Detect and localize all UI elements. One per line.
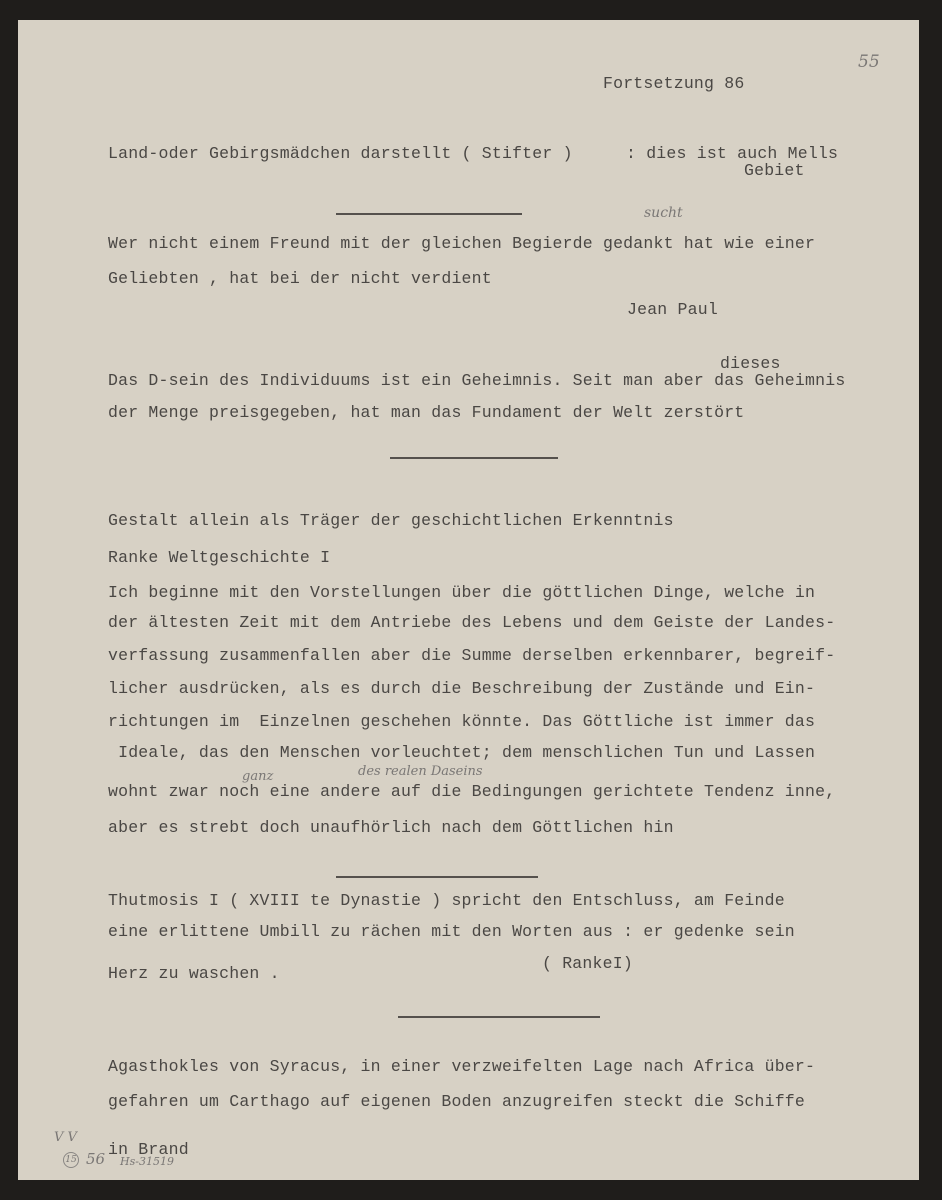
text-line: Gestalt allein als Träger der geschichtl… [108,511,674,530]
archive-id: Hs-31519 [120,1155,174,1168]
divider [336,213,522,215]
text-line: der Menge preisgegeben, hat man das Fund… [108,403,744,422]
text-line: Thutmosis I ( XVIII te Dynastie ) sprich… [108,891,785,910]
text-line: Agasthokles von Syracus, in einer verzwe… [108,1057,815,1076]
text-line: Herz zu waschen . [108,964,280,983]
margin-number: 56 [86,1150,105,1168]
page-number-handwritten: 55 [858,52,880,72]
handwritten-insert: des realen Daseins [358,764,483,779]
text-line: Ranke Weltgeschichte I [108,548,330,567]
text-line: Ich beginne mit den Vorstellungen über d… [108,583,815,602]
text-line: verfassung zusammenfallen aber die Summe… [108,646,835,665]
text-line: Das D-sein des Individuums ist ein Gehei… [108,371,845,390]
text-line: aber es strebt doch unaufhörlich nach de… [108,818,674,837]
text-line: richtungen im Einzelnen geschehen könnte… [108,712,815,731]
divider [398,1016,600,1018]
text-line: Ideale, das den Menschen vorleuchtet; de… [108,743,815,762]
margin-mark: V V [54,1130,77,1145]
text-line: Geliebten , hat bei der nicht verdient [108,269,492,288]
text-line: der ältesten Zeit mit dem Antriebe des L… [108,613,835,632]
citation: ( RankeI) [542,954,633,973]
divider [336,876,538,878]
text-line: : dies ist auch Mells [626,144,838,163]
text-line: Gebiet [744,161,805,180]
text-line: Wer nicht einem Freund mit der gleichen … [108,234,815,253]
attribution: Jean Paul [627,300,718,319]
text-line: wohnt zwar noch eine andere auf die Bedi… [108,782,835,801]
text-line: gefahren um Carthago auf eigenen Boden a… [108,1092,805,1111]
text-line: licher ausdrücken, als es durch die Besc… [108,679,815,698]
divider [390,457,558,459]
page-heading: Fortsetzung 86 [603,74,744,93]
text-line: eine erlittene Umbill zu rächen mit den … [108,922,795,941]
text-line: Land-oder Gebirgsmädchen darstellt ( Sti… [108,144,573,163]
handwritten-correction: sucht [644,205,683,221]
circled-number: 15 [63,1152,79,1168]
